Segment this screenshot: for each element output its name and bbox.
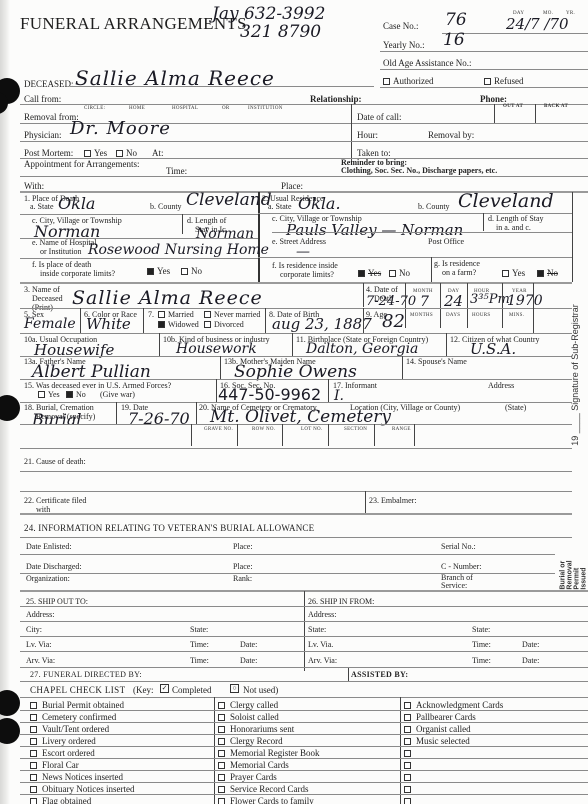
checkbox-icon <box>218 798 225 804</box>
key-not-used-label: Not used) <box>243 685 278 695</box>
assisted-by-label: ASSISTED BY: <box>351 670 408 679</box>
checklist-item-label: Acknowledgment Cards <box>416 700 503 710</box>
phone-label: Phone: <box>480 94 507 104</box>
authorized-label: Authorized <box>393 76 434 86</box>
ship-out-arv-via-label: Arv. Via: <box>26 656 55 665</box>
res-farm-yes[interactable]: Yes <box>502 268 525 278</box>
checklist-item-label: Clergy called <box>230 700 278 710</box>
checkbox-icon <box>404 786 411 793</box>
res-farm-no[interactable]: No <box>537 268 558 278</box>
date-death-value[interactable]: 7-24-70 <box>366 294 416 309</box>
checkbox-icon <box>218 762 225 769</box>
checklist-item-label: Memorial Register Book <box>230 748 320 758</box>
yearly-no-label: Yearly No.: <box>383 40 425 50</box>
mins-label: MINS. <box>509 313 524 318</box>
res-state-label: a. State <box>268 202 292 211</box>
divorced-checkbox[interactable]: Divorced <box>204 320 244 329</box>
informant-address-label: Address <box>488 381 514 390</box>
checkbox-icon <box>404 738 411 745</box>
serial-no-label: Serial No.: <box>441 542 476 551</box>
checkbox-icon <box>502 270 509 277</box>
give-war-label: (Give war) <box>100 390 135 399</box>
checkbox-icon <box>218 738 225 745</box>
ship-out-city-label: City: <box>26 625 42 634</box>
sub-registrar-label: 19 ____ Signature of Sub-Registrar <box>570 304 580 446</box>
permit-issued-label: Burial or Removal Permit Issued <box>560 560 588 589</box>
phone-note-line1: Jay 632-3992 <box>212 4 325 24</box>
checkbox-icon <box>30 786 37 793</box>
death-state-label: a. State <box>30 202 54 211</box>
key-completed-label: Completed <box>172 685 212 695</box>
checklist-item-label: Cemetery confirmed <box>42 712 116 722</box>
armed-yes[interactable]: Yes <box>38 390 60 399</box>
permit-issued-field: Burial or Removal Permit Issued <box>560 545 588 605</box>
row-no-label: ROW NO. <box>252 427 275 432</box>
checklist-item-label: Organist called <box>416 724 471 734</box>
range-label: RANGE <box>392 427 411 432</box>
section-label: SECTION <box>344 427 367 432</box>
c-number-label: C - Number: <box>441 562 481 571</box>
old-age-label: Old Age Assistance No.: <box>383 58 472 68</box>
embalmer-label: 23. Embalmer: <box>369 496 417 505</box>
death-hospital-label: e. Name of Hospital or Institution <box>32 238 96 256</box>
married-label: Married <box>168 310 194 319</box>
death-year-value[interactable]: 1970 <box>507 293 543 309</box>
location-label: Location (City, Village or County) <box>350 403 460 412</box>
checkbox-icon <box>404 702 411 709</box>
checkbox-icon <box>404 726 411 733</box>
yes-label: Yes <box>48 390 60 399</box>
ship-out-address-label: Address: <box>26 610 54 619</box>
checklist-item-label: Soloist called <box>230 712 279 722</box>
checklist-item-label: Livery ordered <box>42 736 96 746</box>
rank-label: Rank: <box>233 574 252 583</box>
checkbox-icon <box>30 714 37 721</box>
res-length-label: d. Length of Stay in a. and c. <box>488 214 544 232</box>
checklist-item-label: Vault/Tent ordered <box>42 724 109 734</box>
res-state-value[interactable]: Okla. <box>298 194 341 213</box>
yearly-no-value[interactable]: 16 <box>443 30 465 50</box>
checklist-item[interactable]: Flower Cards to family <box>218 795 314 804</box>
punch-hole <box>0 395 20 421</box>
post-mortem-yes[interactable]: Yes <box>84 148 107 158</box>
date-discharged-label: Date Discharged: <box>26 562 82 571</box>
or-label: OR <box>222 106 230 111</box>
checklist-item-label: Service Record Cards <box>230 784 308 794</box>
checkbox-icon <box>218 714 225 721</box>
veteran-header: 24. INFORMATION RELATING TO VETERAN'S BU… <box>24 523 314 533</box>
checklist-item-label: Escort ordered <box>42 748 95 758</box>
grave-no-label: GRAVE NO. <box>204 427 233 432</box>
directed-by-label: 27. FUNERAL DIRECTED BY: <box>30 670 142 679</box>
key-prefix: (Key: <box>133 685 154 695</box>
appointment-label: Appointment for Arrangements: <box>24 159 139 169</box>
checked-checkbox-icon <box>358 270 365 277</box>
ship-out-lv-time-label: Time: <box>190 640 209 649</box>
checked-checkbox-icon <box>66 391 73 398</box>
no-label: No <box>126 148 137 158</box>
taken-to-label: Taken to: <box>357 148 391 158</box>
key-not-used-icon: ○ <box>230 684 239 693</box>
checkbox-icon <box>204 311 211 318</box>
ship-out-lv-via-label: Lv. Via: <box>26 640 52 649</box>
checkbox-icon <box>38 391 45 398</box>
case-date-value[interactable]: 24/7 /70 <box>506 15 569 33</box>
ship-in-lv-date-label: Date: <box>522 640 539 649</box>
checked-checkbox-icon <box>158 321 165 328</box>
checked-checkbox-icon <box>537 270 544 277</box>
ship-in-arv-date-label: Date: <box>522 656 539 665</box>
place-label: Place: <box>281 181 303 191</box>
ship-out-state-label: State: <box>190 625 208 634</box>
dob-value[interactable]: aug 23, 1887 <box>272 315 372 333</box>
key-completed-icon: ✓ <box>160 684 169 693</box>
widowed-checkbox[interactable]: Widowed <box>158 320 199 329</box>
physician-value[interactable]: Dr. Moore <box>70 118 171 139</box>
ship-in-state2-label: State: <box>472 625 490 634</box>
death-corporate-no[interactable]: No <box>181 266 202 276</box>
armed-no[interactable]: No <box>66 390 86 399</box>
cause-label: 21. Cause of death: <box>24 457 86 466</box>
ship-out-header: 25. SHIP OUT TO: <box>26 597 88 606</box>
relationship-label: Relationship: <box>310 94 362 104</box>
ship-in-state-label: State: <box>308 625 326 634</box>
no-label: No <box>76 390 86 399</box>
punch-hole <box>0 690 20 716</box>
checkbox-icon <box>84 150 91 157</box>
ship-in-arv-via-label: Arv. Via: <box>308 656 337 665</box>
checkbox-icon <box>404 714 411 721</box>
deceased-label: DECEASED: <box>24 79 74 89</box>
ship-in-address-label: Address: <box>308 610 336 619</box>
call-from-label: Call from: <box>24 94 61 104</box>
checkbox-icon <box>204 321 211 328</box>
checklist-item-label: Clergy Record <box>230 736 283 746</box>
ship-out-lv-date-label: Date: <box>240 640 257 649</box>
spouse-label: 14. Spouse's Name <box>406 357 467 366</box>
reminder-line2: Clothing, Soc. Sec. No., Discharge paper… <box>341 167 497 175</box>
ship-in-lv-via-label: Lv. Via. <box>308 640 333 649</box>
checkbox-icon <box>30 750 37 757</box>
phone-note-line2: 321 8790 <box>240 22 321 42</box>
checkbox-icon <box>218 702 225 709</box>
at-label: At: <box>152 148 164 158</box>
name-deceased-value[interactable]: Sallie Alma Reece <box>72 287 263 309</box>
armed-label: 15. Was deceased ever in U.S. Armed Forc… <box>24 381 171 390</box>
months-label: MONTHS <box>410 313 433 318</box>
circle-label: CIRCLE: <box>84 106 105 111</box>
checklist-item-label: Flag obtained <box>42 796 91 804</box>
home-option[interactable]: HOME <box>129 106 145 111</box>
hours-label: HOURS <box>472 313 490 318</box>
checkbox-icon <box>404 774 411 781</box>
yes-label: Yes <box>94 148 107 158</box>
birthplace-value[interactable]: Dalton, Georgia <box>306 341 418 357</box>
physician-label: Physician: <box>24 130 62 140</box>
checkbox-icon <box>218 750 225 757</box>
no-label: No <box>191 266 202 276</box>
checkbox-icon <box>404 798 411 804</box>
death-hour-value[interactable]: 3³⁵Pm <box>470 292 510 307</box>
res-corporate-no[interactable]: No <box>389 268 410 278</box>
death-hospital-value[interactable]: Rosewood Nursing Home <box>88 242 269 258</box>
checklist-item-label: Memorial Cards <box>230 760 289 770</box>
burial-value[interactable]: Burial <box>32 410 81 429</box>
age-value[interactable]: 82 <box>382 311 405 332</box>
checkbox-icon <box>158 311 165 318</box>
checkbox-icon <box>30 774 37 781</box>
res-county-label: b. County <box>418 202 450 211</box>
ship-out-arv-time-label: Time: <box>190 656 209 665</box>
checklist-item-label: Pallbearer Cards <box>416 712 476 722</box>
checklist-item-label: Obituary Notices inserted <box>42 784 134 794</box>
institution-option[interactable]: INSTITUTION <box>248 106 283 111</box>
checkbox-icon <box>116 150 123 157</box>
checked-checkbox-icon <box>147 268 154 275</box>
marital-prefix: 7. <box>148 310 154 319</box>
death-state-value[interactable]: Okla <box>58 194 95 213</box>
checklist-item[interactable]: Flag obtained <box>30 795 91 804</box>
checkbox-icon <box>30 762 37 769</box>
yes-label: Yes <box>368 268 381 278</box>
business-value[interactable]: Housework <box>176 341 257 357</box>
checkbox-icon <box>30 726 37 733</box>
widowed-label: Widowed <box>168 320 199 329</box>
removal-by-label: Removal by: <box>428 130 474 140</box>
res-county-value[interactable]: Cleveland <box>458 190 554 212</box>
checkbox-icon <box>218 774 225 781</box>
checkbox-icon <box>389 270 396 277</box>
ship-in-header: 26. SHIP IN FROM: <box>308 597 374 606</box>
checklist-title: CHAPEL CHECK LIST <box>30 685 125 695</box>
organization-label: Organization: <box>26 574 70 583</box>
res-corporate-label: f. Is residence inside corporate limits? <box>272 261 338 279</box>
checklist-item-label: Floral Car <box>42 760 79 770</box>
case-no-value[interactable]: 76 <box>445 10 467 30</box>
ship-in-lv-time-label: Time: <box>472 640 491 649</box>
place2-label: Place: <box>233 562 253 571</box>
divorced-label: Divorced <box>214 320 244 329</box>
checklist-item-label: News Notices inserted <box>42 772 123 782</box>
checkbox-icon <box>404 750 411 757</box>
days-label: DAYS <box>446 313 460 318</box>
checklist-item-label: Prayer Cards <box>230 772 277 782</box>
cemetery-state-label: (State) <box>505 403 526 412</box>
ship-out-arv-date-label: Date: <box>240 656 257 665</box>
post-mortem-no[interactable]: No <box>116 148 137 158</box>
res-farm-label: g. Is residence on a farm? <box>434 259 480 277</box>
no-label: No <box>399 268 410 278</box>
out-at-label: OUT AT <box>503 104 523 109</box>
with-label: With: <box>24 181 44 191</box>
checkbox-icon <box>30 798 37 804</box>
never-married-checkbox[interactable]: Never married <box>204 310 260 319</box>
back-at-label: BACK AT <box>544 104 568 109</box>
post-mortem-label: Post Mortem: <box>24 148 73 158</box>
yes-label: Yes <box>512 268 525 278</box>
checkbox-icon <box>30 738 37 745</box>
death-corporate-yes[interactable]: Yes <box>147 266 170 276</box>
death-corporate-label: f. Is place of death inside corporate li… <box>32 260 115 278</box>
certificate-label: 22. Certificate filed with <box>24 496 86 514</box>
checkbox-icon <box>484 78 491 85</box>
checkbox-icon <box>218 726 225 733</box>
time-label: Time: <box>166 166 187 176</box>
checkbox-icon <box>383 78 390 85</box>
checklist-item-label: Music selected <box>416 736 470 746</box>
hour-label: Hour: <box>357 130 378 140</box>
married-checkbox[interactable]: Married <box>158 310 194 319</box>
case-no-label: Case No.: <box>383 21 419 31</box>
sex-value[interactable]: Female <box>24 316 76 332</box>
checklist-item-label: Burial Permit obtained <box>42 700 124 710</box>
date-enlisted-label: Date Enlisted: <box>26 542 72 551</box>
checkbox-icon <box>404 762 411 769</box>
post-office-label: Post Office <box>428 237 464 246</box>
checkbox-icon <box>30 702 37 709</box>
yes-label: Yes <box>157 266 170 276</box>
checklist-item-label: Flower Cards to family <box>230 796 314 804</box>
no-label: No <box>547 268 558 278</box>
checklist-item-blank[interactable] <box>404 795 416 804</box>
never-married-label: Never married <box>214 310 260 319</box>
branch-label: Branch of Service: <box>441 574 473 590</box>
death-length-value[interactable]: Norman <box>196 226 254 242</box>
refused-label: Refused <box>494 76 524 86</box>
lot-no-label: LOT NO. <box>301 427 322 432</box>
authorized-checkbox[interactable]: Authorized <box>383 76 434 86</box>
hospital-option[interactable]: HOSPITAL <box>172 106 198 111</box>
punch-hole <box>0 718 20 744</box>
refused-checkbox[interactable]: Refused <box>484 76 524 86</box>
sub-registrar-signature-field[interactable]: 19 ____ Signature of Sub-Registrar <box>567 270 583 480</box>
checklist-item-label: Honorariums sent <box>230 724 294 734</box>
death-county-value[interactable]: Cleveland <box>186 190 272 210</box>
date-of-call-label: Date of call: <box>357 112 401 122</box>
date19-value[interactable]: 7-26-70 <box>128 409 190 428</box>
death-county-label: b. County <box>150 202 182 211</box>
checkbox-icon <box>181 268 188 275</box>
place1-label: Place: <box>233 542 253 551</box>
res-corporate-yes[interactable]: Yes <box>358 268 381 278</box>
ship-in-arv-time-label: Time: <box>472 656 491 665</box>
race-value[interactable]: White <box>86 315 131 333</box>
checkbox-icon <box>218 786 225 793</box>
